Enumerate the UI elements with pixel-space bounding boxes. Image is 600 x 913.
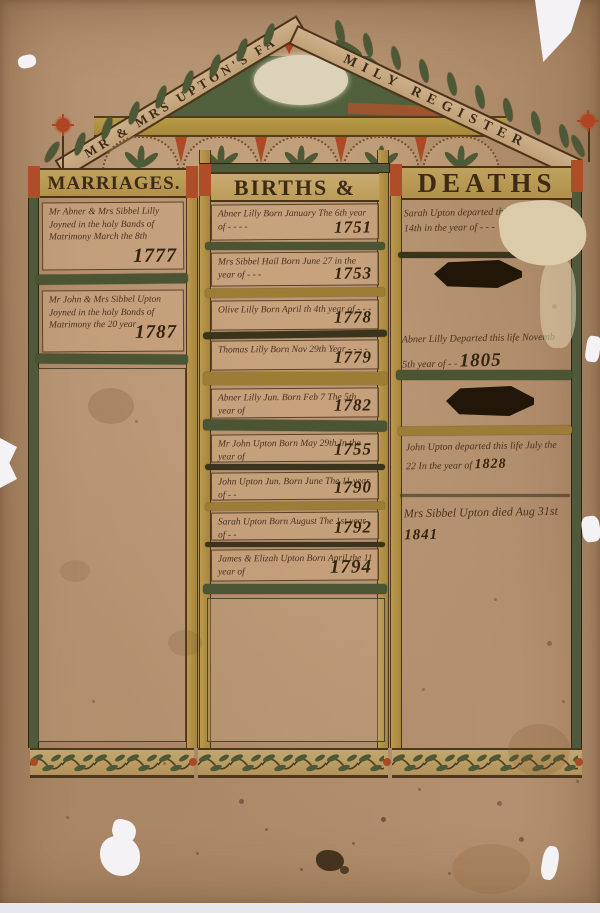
coffin-icon xyxy=(434,260,522,288)
birth-entry-year: 1753 xyxy=(334,262,372,285)
laurel-leaf-icon xyxy=(361,32,375,57)
berry-icon xyxy=(189,758,197,766)
repair-patch xyxy=(540,258,576,348)
paper-tear xyxy=(100,836,140,876)
ink-stain xyxy=(340,866,349,874)
berry-icon xyxy=(30,758,38,766)
laurel-leaf-icon xyxy=(389,45,403,70)
death-entry-year: 1828 xyxy=(474,456,506,472)
separator-bar xyxy=(36,273,188,285)
birth-entry: Abner Lilly Jun. Born Feb 7 The 5th year… xyxy=(211,387,379,418)
stain xyxy=(452,844,530,894)
laurel-leaf-icon xyxy=(473,84,487,109)
red-capital xyxy=(199,164,211,196)
separator-bar xyxy=(396,370,572,380)
separator-bar xyxy=(205,287,385,298)
red-capital xyxy=(571,160,583,192)
birth-entry: Mrs Sibbel Hail Born June 27 in the year… xyxy=(211,251,379,286)
stain xyxy=(88,388,134,424)
death-entry-year: 1805 xyxy=(459,349,501,371)
separator-bar xyxy=(400,494,570,497)
red-capital xyxy=(390,164,402,196)
separator-bar xyxy=(203,419,387,432)
separator-bar xyxy=(398,425,572,436)
laurel-leaf-icon xyxy=(529,110,543,135)
red-capital xyxy=(186,166,198,198)
finial-stem xyxy=(62,132,64,170)
dust-speckles xyxy=(0,0,3,3)
stain xyxy=(168,630,202,656)
paper-tear xyxy=(0,438,17,488)
column-rail xyxy=(186,166,198,748)
death-entry: John Upton departed this life July the 2… xyxy=(406,439,567,494)
birth-entry-year: 1755 xyxy=(334,438,372,461)
birth-entry-year: 1792 xyxy=(334,516,372,539)
separator-bar xyxy=(205,242,385,250)
birth-entry-year: 1790 xyxy=(334,476,372,499)
separator-bar xyxy=(205,542,385,547)
paper-tear xyxy=(17,53,37,69)
birth-entry-year: 1778 xyxy=(334,306,372,329)
flower-icon xyxy=(56,118,70,132)
laurel-leaf-icon xyxy=(557,123,571,148)
berry-icon xyxy=(575,758,583,766)
separator-bar xyxy=(205,464,385,470)
separator-bar xyxy=(203,584,387,594)
birth-entry: Mr John Upton Born May 29th In the year … xyxy=(211,433,379,462)
birth-entry: James & Elizah Upton Born April the 11 y… xyxy=(211,548,379,581)
birth-entry-year: 1751 xyxy=(334,216,372,239)
births-header: BIRTHS & xyxy=(211,172,379,202)
death-entry-text: Mrs Sibbel Upton died Aug 31st xyxy=(404,504,558,521)
paper-tear xyxy=(535,0,581,62)
flower-icon xyxy=(581,114,595,128)
empty-panel xyxy=(207,598,385,742)
vine-border xyxy=(30,748,194,778)
death-entry: Mrs Sibbel Upton died Aug 31st 1841 xyxy=(404,501,569,552)
birth-entry: John Upton Jun. Born June The 11 year of… xyxy=(211,471,379,500)
birth-entry-year: 1779 xyxy=(334,346,372,369)
vine-scroll xyxy=(30,750,190,775)
finial-stem xyxy=(588,128,590,162)
stain xyxy=(60,560,90,582)
stain xyxy=(508,724,570,776)
death-entry-year: 1841 xyxy=(404,527,438,544)
separator-bar xyxy=(36,353,188,364)
birth-entry: Sarah Upton Born August The 1st year of … xyxy=(211,511,379,540)
separator-bar xyxy=(205,501,385,510)
birth-entry: Thomas Lilly Born Nov 29th Year - - - - … xyxy=(211,339,379,370)
marriage-entry: Mr Abner & Mrs Sibbel Lilly Joyned in th… xyxy=(42,202,184,271)
laurel-leaf-icon xyxy=(445,71,459,96)
marriage-entry-text: Mr Abner & Mrs Sibbel Lilly Joyned in th… xyxy=(49,207,159,243)
deaths-header: DEATHS xyxy=(402,166,572,200)
separator-bar xyxy=(203,372,387,385)
birth-entry-year: 1782 xyxy=(334,394,372,417)
marriage-entry-year: 1777 xyxy=(133,242,177,269)
paper-tear xyxy=(584,335,600,363)
scanner-background xyxy=(0,903,600,913)
vine-scroll xyxy=(198,750,384,775)
berry-icon xyxy=(383,758,391,766)
laurel-leaf-icon xyxy=(417,58,431,83)
vine-border xyxy=(198,748,388,778)
marriages-header: MARRIAGES. xyxy=(40,168,188,198)
empty-panel xyxy=(38,368,186,742)
register-document: ♥ MR & MRS UPTON'S FA MILY REGISTER xyxy=(0,0,600,906)
paper-tear xyxy=(539,845,561,881)
paper-tear xyxy=(580,515,600,543)
birth-entry: Abner Lilly Born January The 6th year of… xyxy=(211,203,379,240)
separator-bar xyxy=(203,330,387,340)
red-capital xyxy=(28,166,40,198)
marriage-entry: Mr John & Mrs Sibbel Upton Joyned in the… xyxy=(42,290,184,353)
birth-entry: Olive Lilly Born April th 4th year of - … xyxy=(211,299,379,330)
birth-entry-year: 1794 xyxy=(330,554,372,579)
coffin-icon xyxy=(446,386,534,416)
marriage-entry-year: 1787 xyxy=(135,319,177,344)
